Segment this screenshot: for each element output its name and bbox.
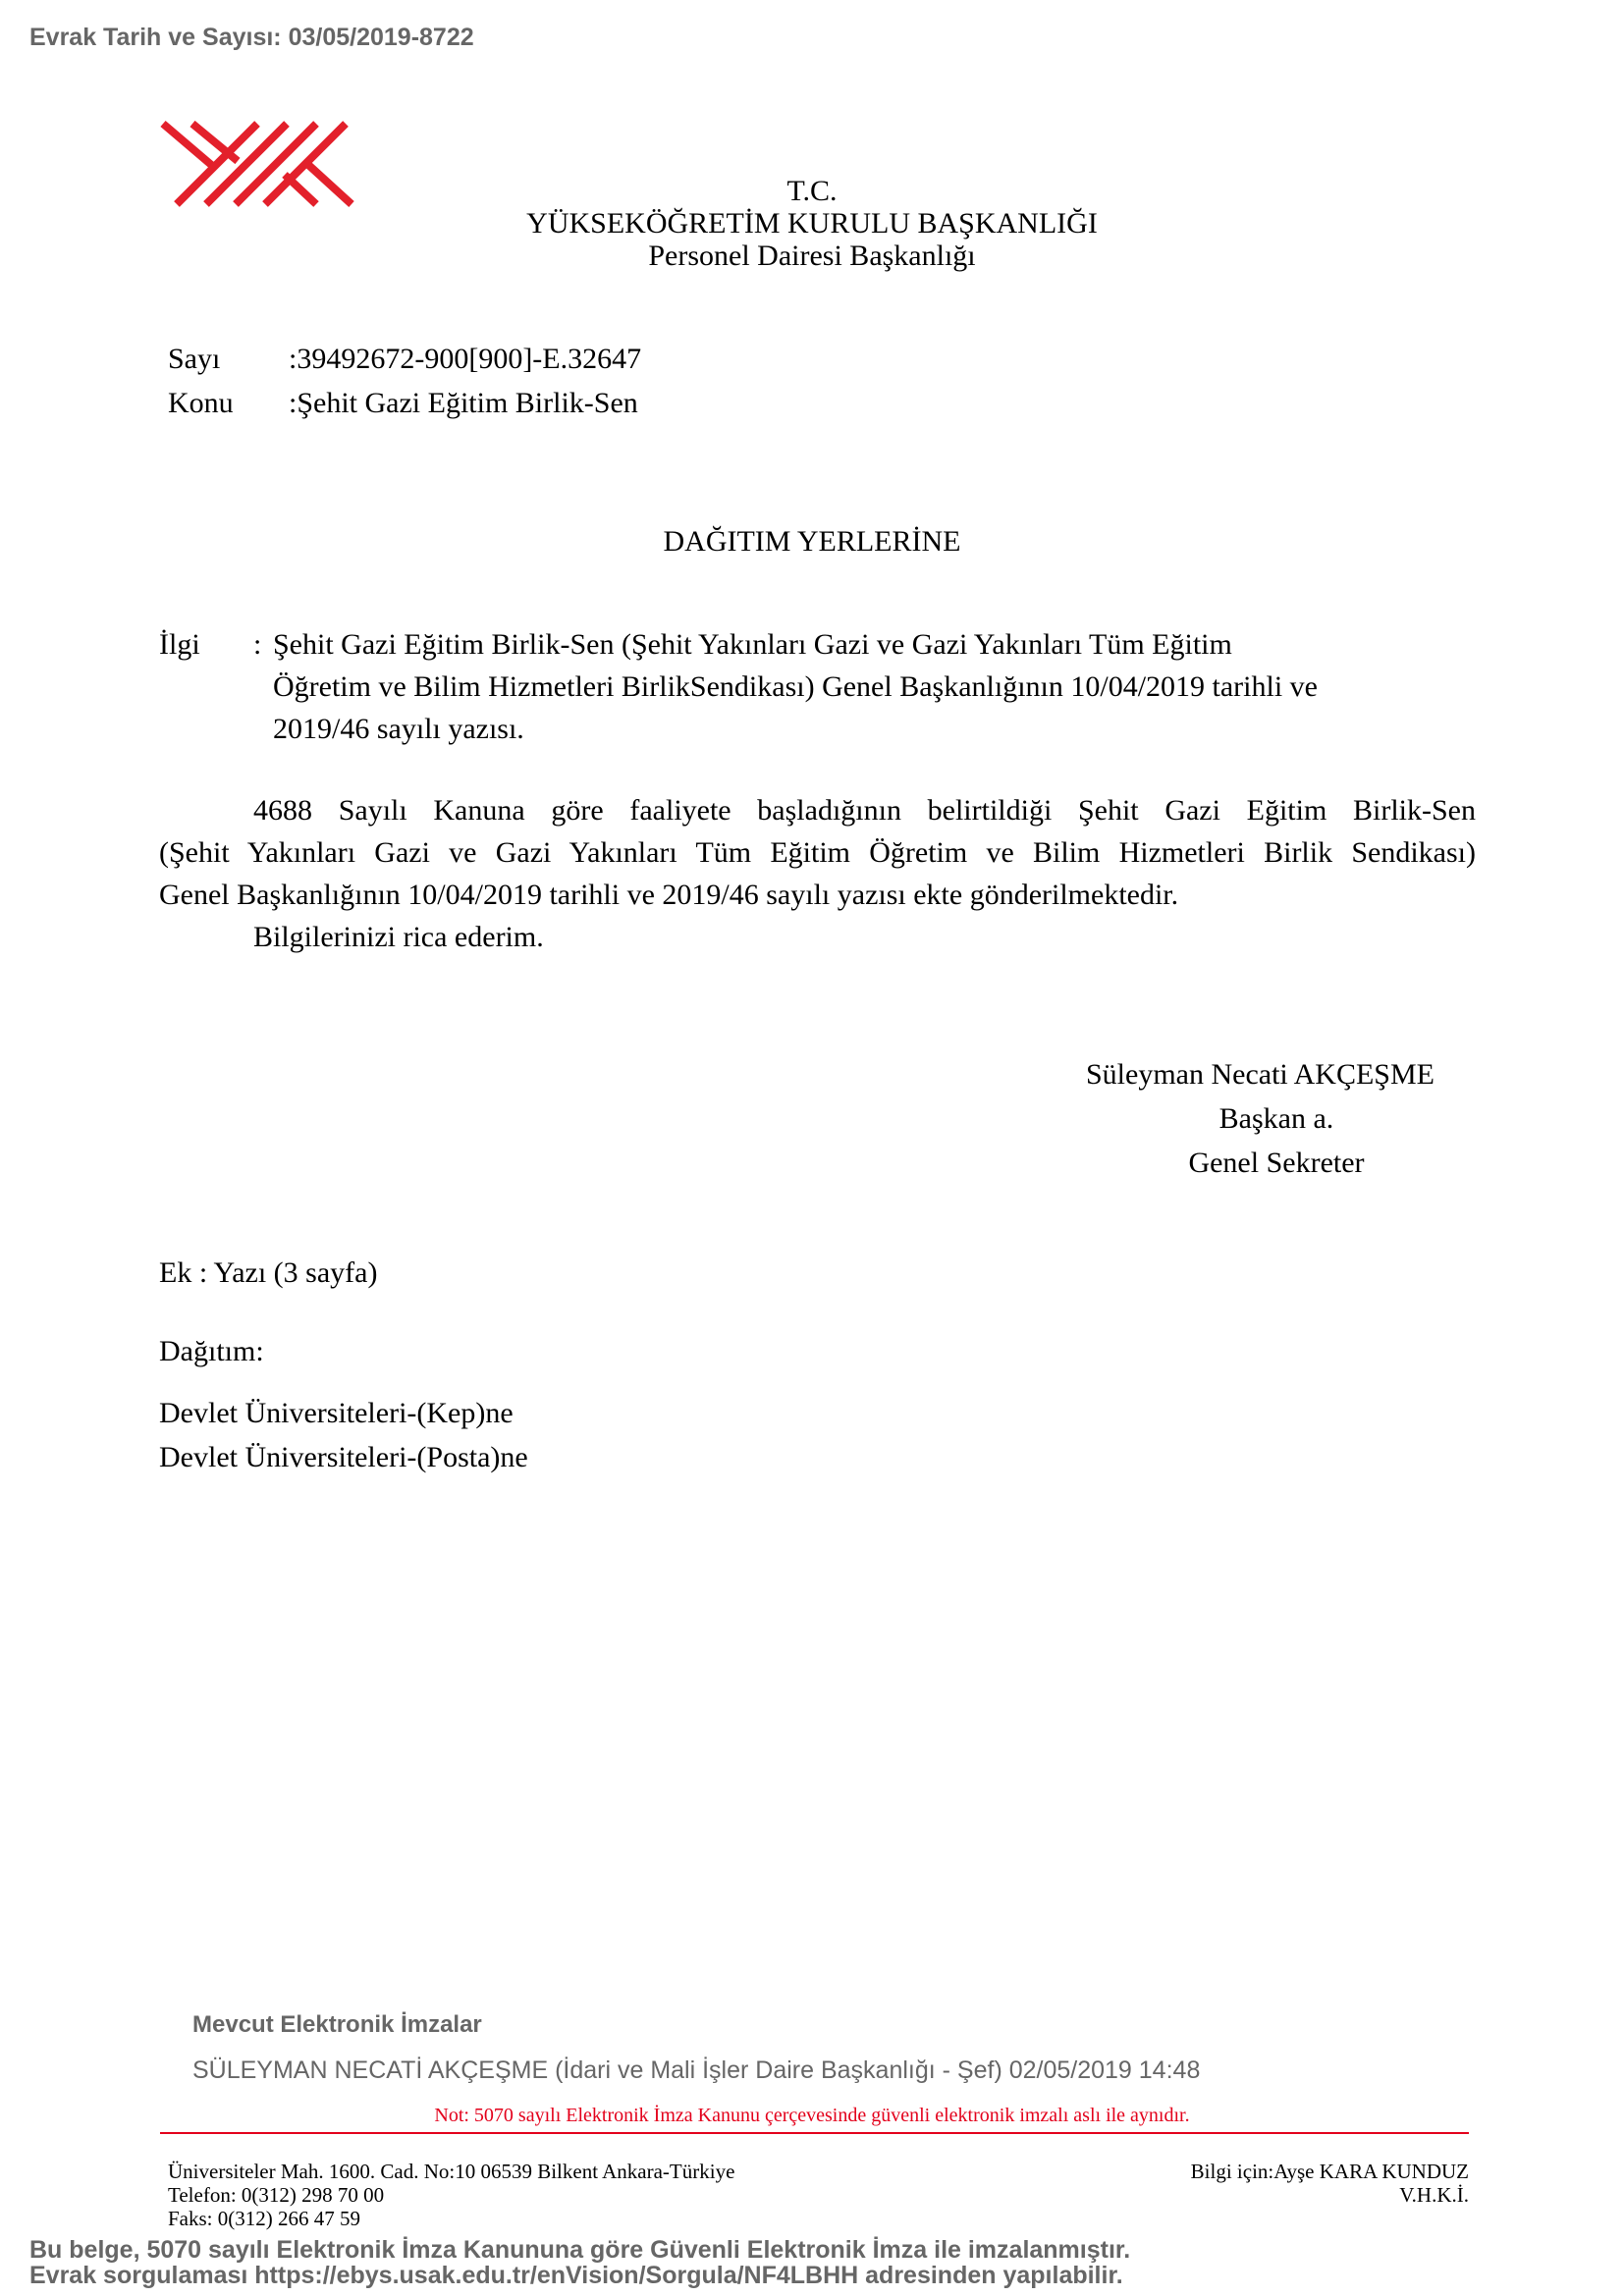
footer-phone: Telefon: 0(312) 298 70 00	[168, 2183, 384, 2208]
electronic-signature-entry: SÜLEYMAN NECATİ AKÇEŞME (İdari ve Mali İ…	[192, 2056, 1200, 2085]
recipient-heading: DAĞITIM YERLERİNE	[0, 525, 1624, 559]
sayi-label: Sayı	[168, 343, 220, 376]
signatory-position: Genel Sekreter	[1086, 1147, 1467, 1180]
body-text-line: 4688 Sayılı Kanuna göre faaliyete başlad…	[253, 794, 1476, 828]
document-date-number: Evrak Tarih ve Sayısı: 03/05/2019-8722	[29, 24, 474, 52]
footer-address: Üniversiteler Mah. 1600. Cad. No:10 0653…	[168, 2160, 734, 2184]
body-text-line: (Şehit Yakınları Gazi ve Gazi Yakınları …	[159, 836, 1476, 870]
ilgi-text-line: Öğretim ve Bilim Hizmetleri BirlikSendik…	[273, 670, 1318, 704]
attachment-note: Ek : Yazı (3 sayfa)	[159, 1256, 377, 1290]
esign-stamp-line: Bu belge, 5070 sayılı Elektronik İmza Ka…	[29, 2236, 1130, 2265]
sayi-value: :39492672-900[900]-E.32647	[289, 343, 641, 376]
distribution-item: Devlet Üniversiteleri-(Posta)ne	[159, 1441, 528, 1474]
certification-note: Not: 5070 sayılı Elektronik İmza Kanunu …	[0, 2105, 1624, 2127]
letterhead-tc: T.C.	[0, 175, 1624, 208]
electronic-signatures-heading: Mevcut Elektronik İmzalar	[192, 2011, 482, 2039]
letterhead-organization: YÜKSEKÖĞRETİM KURULU BAŞKANLIĞI	[0, 207, 1624, 240]
body-text-line: Genel Başkanlığının 10/04/2019 tarihli v…	[159, 879, 1178, 912]
footer-contact-person: Bilgi için:Ayşe KARA KUNDUZ	[1191, 2160, 1469, 2184]
body-closing-line: Bilgilerinizi rica ederim.	[253, 921, 544, 954]
footer-fax: Faks: 0(312) 266 47 59	[168, 2207, 360, 2231]
ilgi-text-line: Şehit Gazi Eğitim Birlik-Sen (Şehit Yakı…	[273, 628, 1232, 662]
ilgi-text-line: 2019/46 sayılı yazısı.	[273, 713, 524, 746]
ilgi-colon: :	[253, 628, 261, 662]
signatory-name: Süleyman Necati AKÇEŞME	[1086, 1058, 1435, 1092]
footer-divider	[160, 2132, 1469, 2134]
esign-verification-line: Evrak sorgulaması https://ebys.usak.edu.…	[29, 2262, 1123, 2290]
konu-label: Konu	[168, 387, 234, 420]
distribution-label: Dağıtım:	[159, 1335, 264, 1368]
distribution-item: Devlet Üniversiteleri-(Kep)ne	[159, 1397, 514, 1430]
ilgi-label: İlgi	[159, 628, 200, 662]
signatory-title: Başkan a.	[1086, 1102, 1467, 1136]
konu-value: :Şehit Gazi Eğitim Birlik-Sen	[289, 387, 638, 420]
letterhead-department: Personel Dairesi Başkanlığı	[0, 240, 1624, 273]
footer-contact-title: V.H.K.İ.	[1399, 2183, 1469, 2208]
